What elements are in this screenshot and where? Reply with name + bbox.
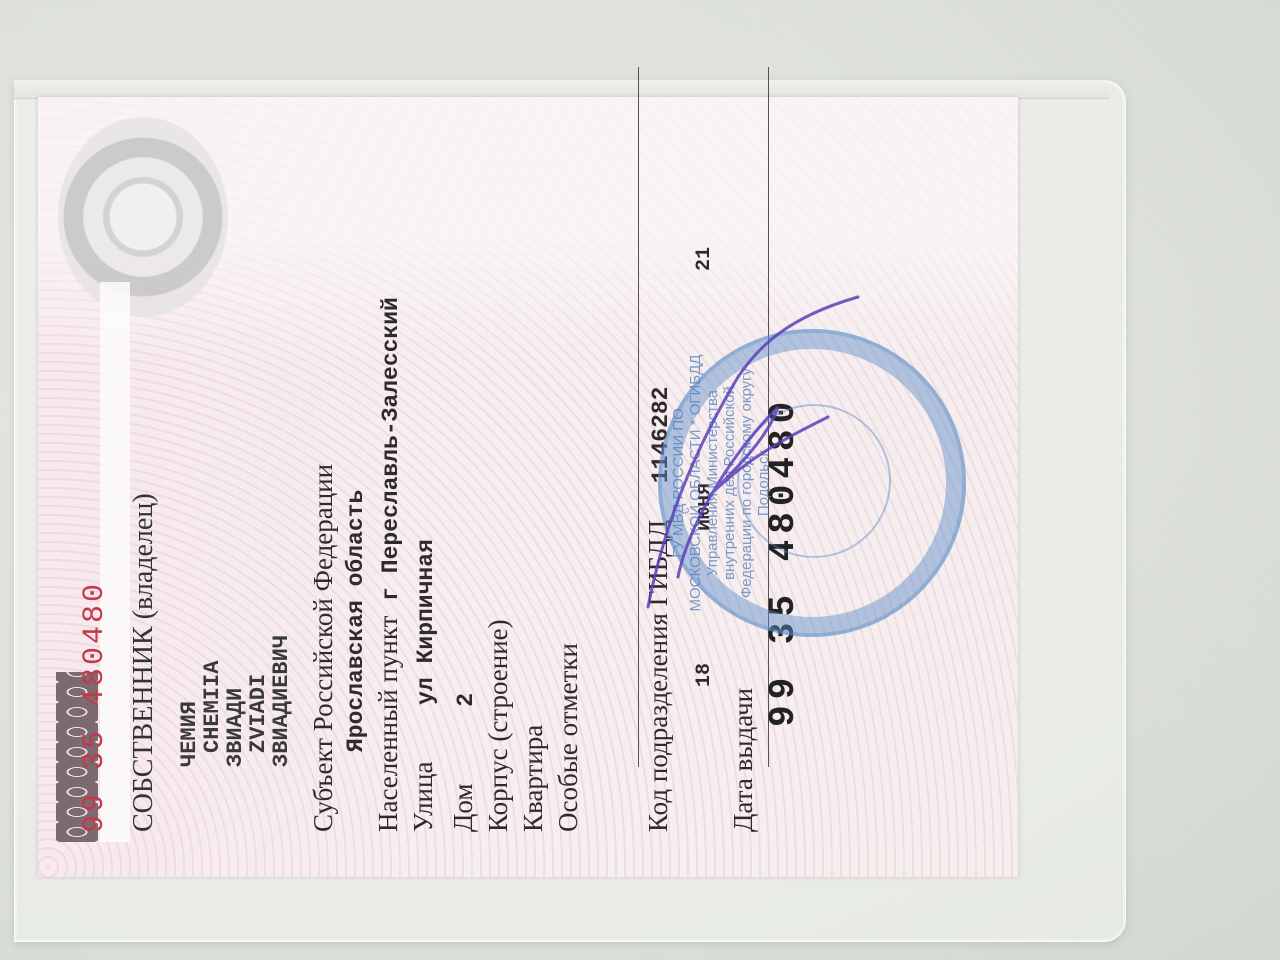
signature-icon [618, 287, 878, 617]
building-label: Корпус (строение) [483, 619, 514, 832]
locality-value: г Переславль-Залесский [378, 297, 404, 601]
house-value: 2 [453, 693, 479, 707]
subject-label: Субъект Российской Федерации [308, 464, 339, 832]
registration-certificate: 99 35 480480 СОБСТВЕННИК (владелец) ЧЕМИ… [38, 97, 1018, 877]
house-row: Дом 2 [448, 693, 479, 832]
hologram-emblem-icon [58, 117, 228, 317]
surname-ru: ЧЕМИЯ [178, 635, 201, 767]
owner-name-block: ЧЕМИЯ CHEMIIA ЗВИАДИ ZVIADI ЗВИАДИЕВИЧ [178, 635, 293, 767]
issue-date-label: Дата выдачи [728, 688, 759, 832]
street-label: Улица [408, 762, 438, 832]
apartment-label: Квартира [518, 725, 549, 832]
issue-day: 18 [693, 663, 716, 687]
street-row: Улица ул Кирпичная [408, 539, 439, 832]
street-value: ул Кирпичная [413, 539, 439, 705]
special-marks-label: Особые отметки [553, 643, 584, 832]
subject-value: Ярославская область [343, 490, 369, 752]
serial-number-top: 99 35 480480 [78, 581, 112, 833]
name-lat: ZVIADI [247, 635, 270, 767]
owner-heading: СОБСТВЕННИК (владелец) [128, 493, 160, 832]
house-label: Дом [448, 784, 478, 833]
document-area: 99 35 480480 СОБСТВЕННИК (владелец) ЧЕМИ… [38, 97, 1018, 877]
name-ru: ЗВИАДИ [224, 635, 247, 767]
issue-year: 21 [693, 247, 716, 271]
surname-lat: CHEMIIA [201, 635, 224, 767]
locality-label: Населенный пункт [373, 616, 403, 832]
patronymic-ru: ЗВИАДИЕВИЧ [270, 635, 293, 767]
locality-row: Населенный пункт г Переславль-Залесский [373, 297, 404, 832]
